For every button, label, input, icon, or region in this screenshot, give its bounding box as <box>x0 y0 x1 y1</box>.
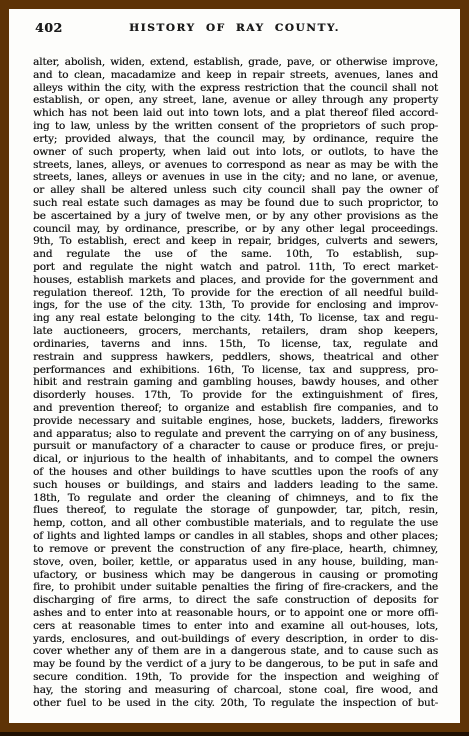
text-line: disorderly houses. 17th, To provide for … <box>33 389 438 402</box>
text-line: hemp, cotton, and all other combustible … <box>33 517 438 530</box>
text-line: cover whether any of them are in a dange… <box>33 645 438 658</box>
text-line: other fuel to be used in the city. 20th,… <box>33 697 438 710</box>
paper: 402 HISTORY OF RAY COUNTY. alter, abolis… <box>9 9 460 723</box>
text-line: houses, establish markets and places, an… <box>33 274 438 287</box>
text-line: and prevention thereof; to organize and … <box>33 402 438 415</box>
text-line: flues thereof, to regulate the storage o… <box>33 504 438 517</box>
text-line: stove, oven, boiler, kettle, or apparatu… <box>33 556 438 569</box>
text-line: or alley shall be altered unless such ci… <box>33 184 438 197</box>
text-line: establish, or open, any street, lane, av… <box>33 94 438 107</box>
text-line: alter, abolish, widen, extend, establish… <box>33 56 438 69</box>
text-line: such houses or buildings, and stairs and… <box>33 479 438 492</box>
text-line: alleys within the city, with the express… <box>33 82 438 95</box>
text-line: ing to law, unless by the written consen… <box>33 120 438 133</box>
text-line: of lights and lighted lamps or candles i… <box>33 530 438 543</box>
text-line: ings, for the use of the city. 13th, To … <box>33 299 438 312</box>
text-line: to remove or prevent the construction of… <box>33 543 438 556</box>
text-line: fire, to prohibit under suitable penalti… <box>33 581 438 594</box>
text-line: ashes and to enter into at reasonable ho… <box>33 607 438 620</box>
text-line: of the houses and other buildings to hav… <box>33 466 438 479</box>
text-line: secure condition. 19th, To provide for t… <box>33 671 438 684</box>
text-line: late auctioneers, grocers, merchants, re… <box>33 325 438 338</box>
text-line: performances and exhibitions. 16th, To l… <box>33 364 438 377</box>
text-line: ing any real estate belonging to the cit… <box>33 312 438 325</box>
text-line: council may, by ordinance, prescribe, or… <box>33 223 438 236</box>
text-line: restrain and suppress hawkers, peddlers,… <box>33 351 438 364</box>
text-line: cers at reasonable times to enter into a… <box>33 620 438 633</box>
text-line: provide necessary and suitable engines, … <box>33 415 438 428</box>
text-line: regulation thereof. 12th, To provide for… <box>33 287 438 300</box>
text-line: 18th, To regulate and order the cleaning… <box>33 492 438 505</box>
text-line: 9th, To establish, erect and keep in rep… <box>33 235 438 248</box>
text-line: such real estate such damages as may be … <box>33 197 438 210</box>
text-line: streets, lanes, alleys or avenues in use… <box>33 171 438 184</box>
book-page: 402 HISTORY OF RAY COUNTY. alter, abolis… <box>0 0 469 736</box>
frame-bottom-edge <box>0 732 469 736</box>
text-line: streets, lanes, alleys, or avenues to co… <box>33 159 438 172</box>
text-line: port and regulate the night watch and pa… <box>33 261 438 274</box>
text-line: erty; provided always, that the council … <box>33 133 438 146</box>
text-line: and to clean, macadamize and keep in rep… <box>33 69 438 82</box>
body-text: alter, abolish, widen, extend, establish… <box>33 56 438 709</box>
text-line: which has not been laid out into town lo… <box>33 107 438 120</box>
text-line: yards, enclosures, and out-buildings of … <box>33 633 438 646</box>
text-line: and apparatus; also to regulate and prev… <box>33 428 438 441</box>
text-line: dical, or injurious to the health of inh… <box>33 453 438 466</box>
text-line: and regulate the use of the same. 10th, … <box>33 248 438 261</box>
text-line: discharging of fire arms, to direct the … <box>33 594 438 607</box>
text-line: be ascertained by a jury of twelve men, … <box>33 210 438 223</box>
text-line: hibit and restrain gaming and gambling h… <box>33 376 438 389</box>
text-line: hay, the storing and measuring of charco… <box>33 684 438 697</box>
text-line: owner of such property, when laid out in… <box>33 146 438 159</box>
text-line: pursuit or manufactory of a character to… <box>33 440 438 453</box>
text-line: may be found by the verdict of a jury to… <box>33 658 438 671</box>
text-line: ordinaries, taverns and inns. 15th, To l… <box>33 338 438 351</box>
text-line: ufactory, or business which may be dange… <box>33 569 438 582</box>
page-header: HISTORY OF RAY COUNTY. <box>9 22 460 34</box>
